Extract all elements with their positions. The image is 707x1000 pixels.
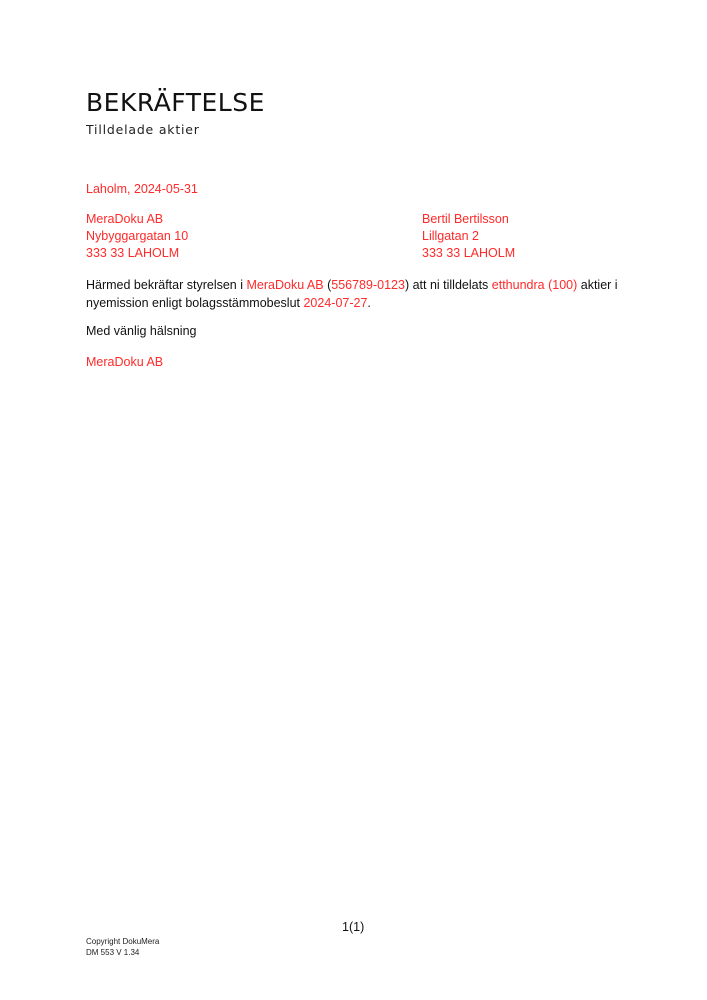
body-text: ) att ni tilldelats xyxy=(405,278,492,292)
place-date: Laholm, 2024-05-31 xyxy=(86,181,198,198)
version-text: DM 553 V 1.34 xyxy=(86,947,159,958)
document-title: BEKRÄFTELSE xyxy=(86,88,265,117)
sender-name: MeraDoku AB xyxy=(86,211,188,228)
decision-date-field: 2024-07-27 xyxy=(303,296,367,310)
shares-field: etthundra (100) xyxy=(492,278,577,292)
body-text: . xyxy=(367,296,370,310)
sender-postal: 333 33 LAHOLM xyxy=(86,245,188,262)
org-number-field: 556789-0123 xyxy=(331,278,405,292)
recipient-postal: 333 33 LAHOLM xyxy=(422,245,515,262)
company-name-field: MeraDoku AB xyxy=(246,278,323,292)
document-subtitle: Tilldelade aktier xyxy=(86,122,200,137)
footer: Copyright DokuMera DM 553 V 1.34 xyxy=(86,936,159,958)
confirmation-body: Härmed bekräftar styrelsen i MeraDoku AB… xyxy=(86,276,631,312)
recipient-name: Bertil Bertilsson xyxy=(422,211,515,228)
page-number: 1(1) xyxy=(342,920,364,934)
recipient-street: Lillgatan 2 xyxy=(422,228,515,245)
signature: MeraDoku AB xyxy=(86,355,163,369)
body-text: Härmed bekräftar styrelsen i xyxy=(86,278,246,292)
closing-phrase: Med vänlig hälsning xyxy=(86,324,197,338)
sender-street: Nybyggargatan 10 xyxy=(86,228,188,245)
recipient-address: Bertil Bertilsson Lillgatan 2 333 33 LAH… xyxy=(422,211,515,262)
copyright-text: Copyright DokuMera xyxy=(86,936,159,947)
sender-address: MeraDoku AB Nybyggargatan 10 333 33 LAHO… xyxy=(86,211,188,262)
